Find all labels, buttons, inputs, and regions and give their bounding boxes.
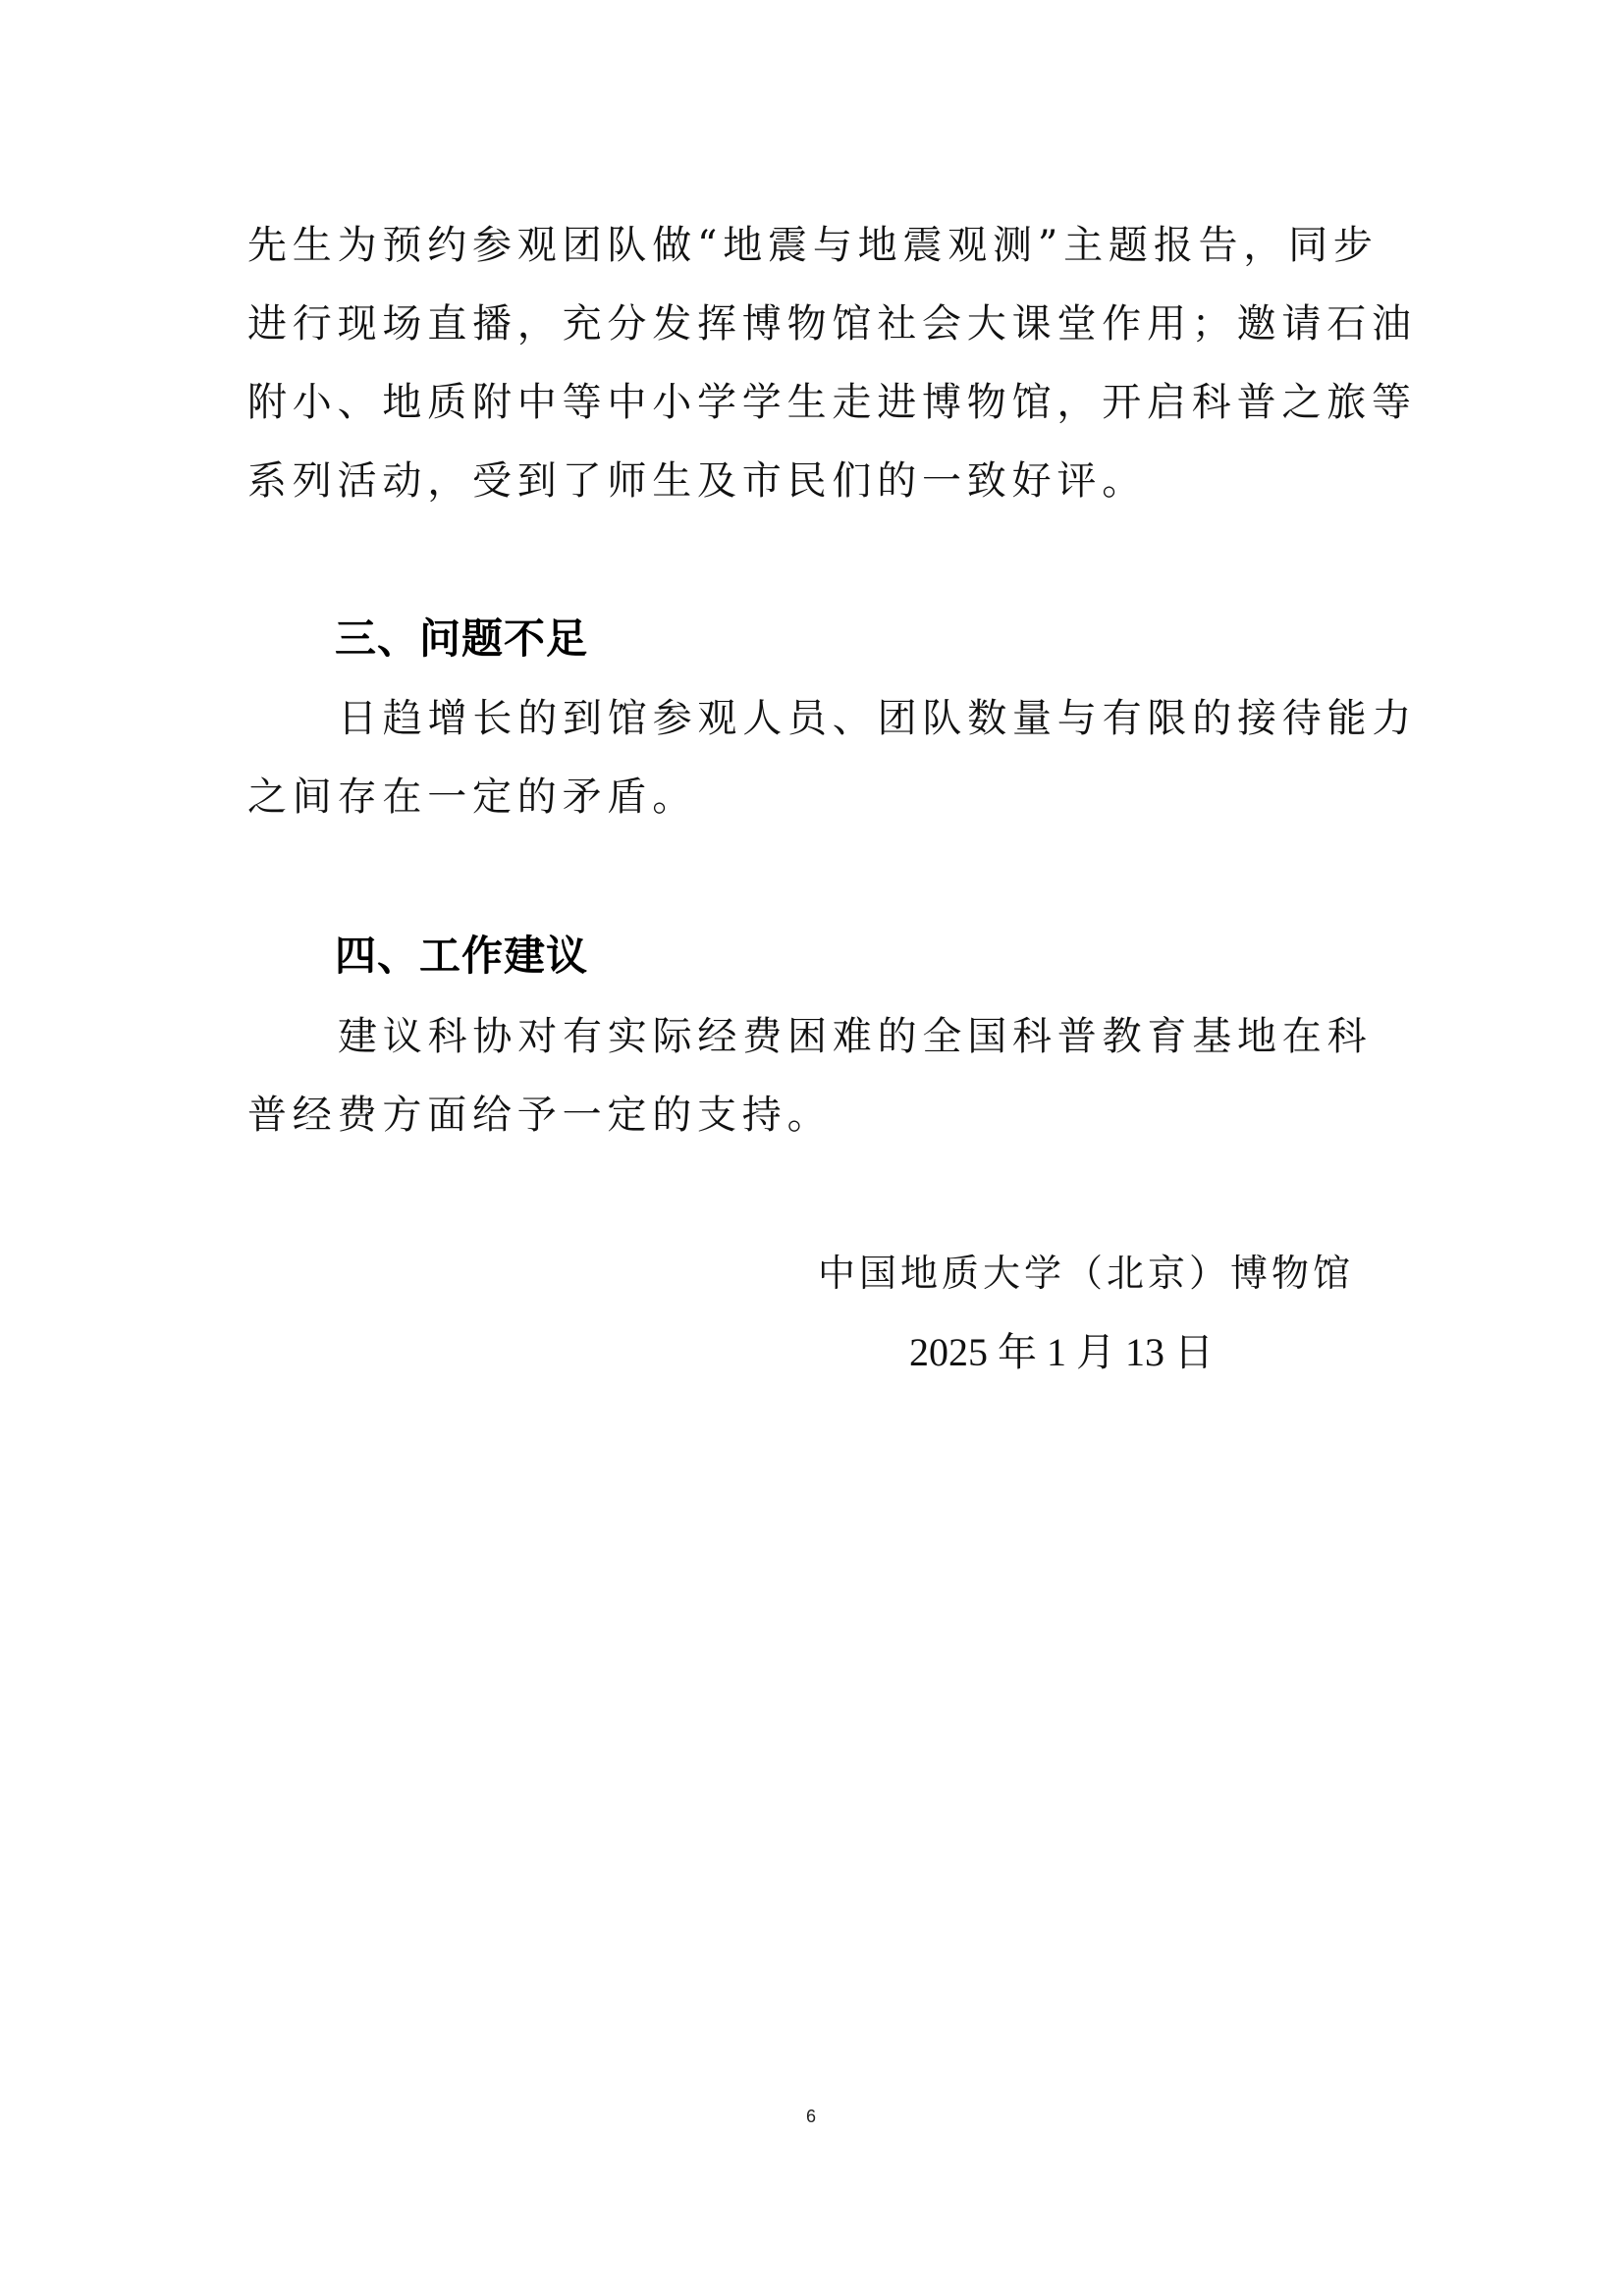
paragraph-line: 进行现场直播，充分发挥博物馆社会大课堂作用；邀请石油 — [247, 304, 1417, 344]
section-heading: 三、问题不足 — [335, 618, 588, 660]
section-heading: 四、工作建议 — [335, 935, 588, 977]
paragraph-line: 日趋增长的到馆参观人员、团队数量与有限的接待能力 — [338, 699, 1417, 738]
paragraph-line: 之间存在一定的矛盾。 — [247, 777, 697, 817]
paragraph-line: 普经费方面给予一定的支持。 — [247, 1095, 832, 1135]
paragraph-line: 系列活动，受到了师生及市民们的一致好评。 — [247, 461, 1147, 501]
page-number: 6 — [806, 2107, 816, 2126]
signature-organization: 中国地质大学（北京）博物馆 — [818, 1254, 1354, 1293]
paragraph-line: 附小、地质附中等中小学学生走进博物馆，开启科普之旅等 — [247, 383, 1417, 422]
signature-date: 2025 年 1 月 13 日 — [909, 1333, 1214, 1372]
paragraph-line: 先生为预约参观团队做“地震与地震观测”主题报告，同步 — [247, 226, 1379, 265]
document-page: 先生为预约参观团队做“地震与地震观测”主题报告，同步 进行现场直播，充分发挥博物… — [0, 0, 1624, 2296]
paragraph-line: 建议科协对有实际经费困难的全国科普教育基地在科 — [338, 1017, 1372, 1056]
